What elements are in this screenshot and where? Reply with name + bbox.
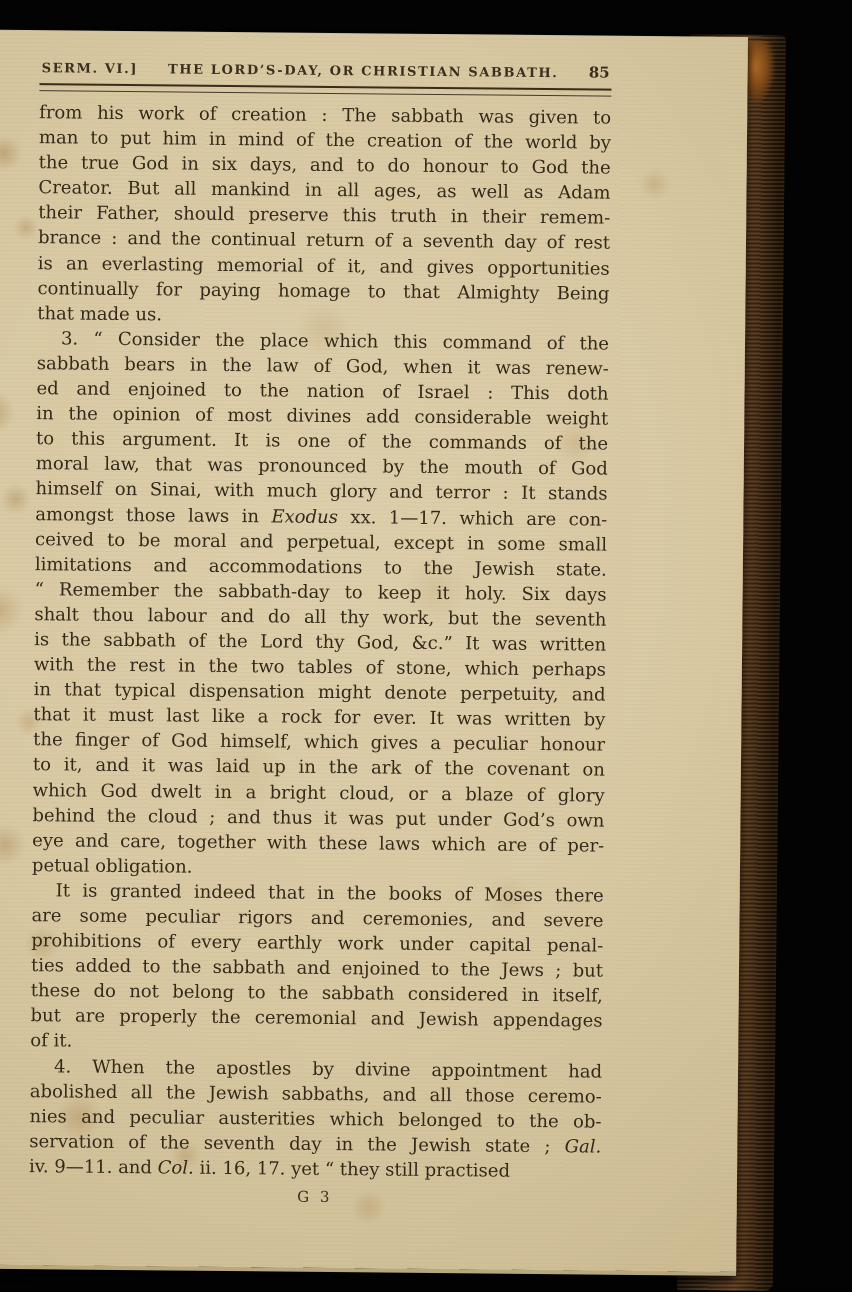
body-text: from his work of creation : The sabbath … (29, 100, 611, 1184)
running-header: SERM. VI.] THE LORD’S-DAY, OR CHRISTIAN … (40, 58, 612, 81)
header-page-number: 85 (589, 63, 610, 81)
header-section-label: SERM. VI.] (42, 61, 139, 77)
page-content: SERM. VI.] THE LORD’S-DAY, OR CHRISTIAN … (29, 58, 612, 1208)
book-page: SERM. VI.] THE LORD’S-DAY, OR CHRISTIAN … (0, 30, 748, 1272)
signature-mark: G 3 (29, 1185, 601, 1208)
scanned-book-photo: SERM. VI.] THE LORD’S-DAY, OR CHRISTIAN … (0, 0, 852, 1292)
header-double-rule (39, 83, 611, 96)
header-title: THE LORD’S-DAY, OR CHRISTIAN SABBATH. (168, 62, 559, 81)
